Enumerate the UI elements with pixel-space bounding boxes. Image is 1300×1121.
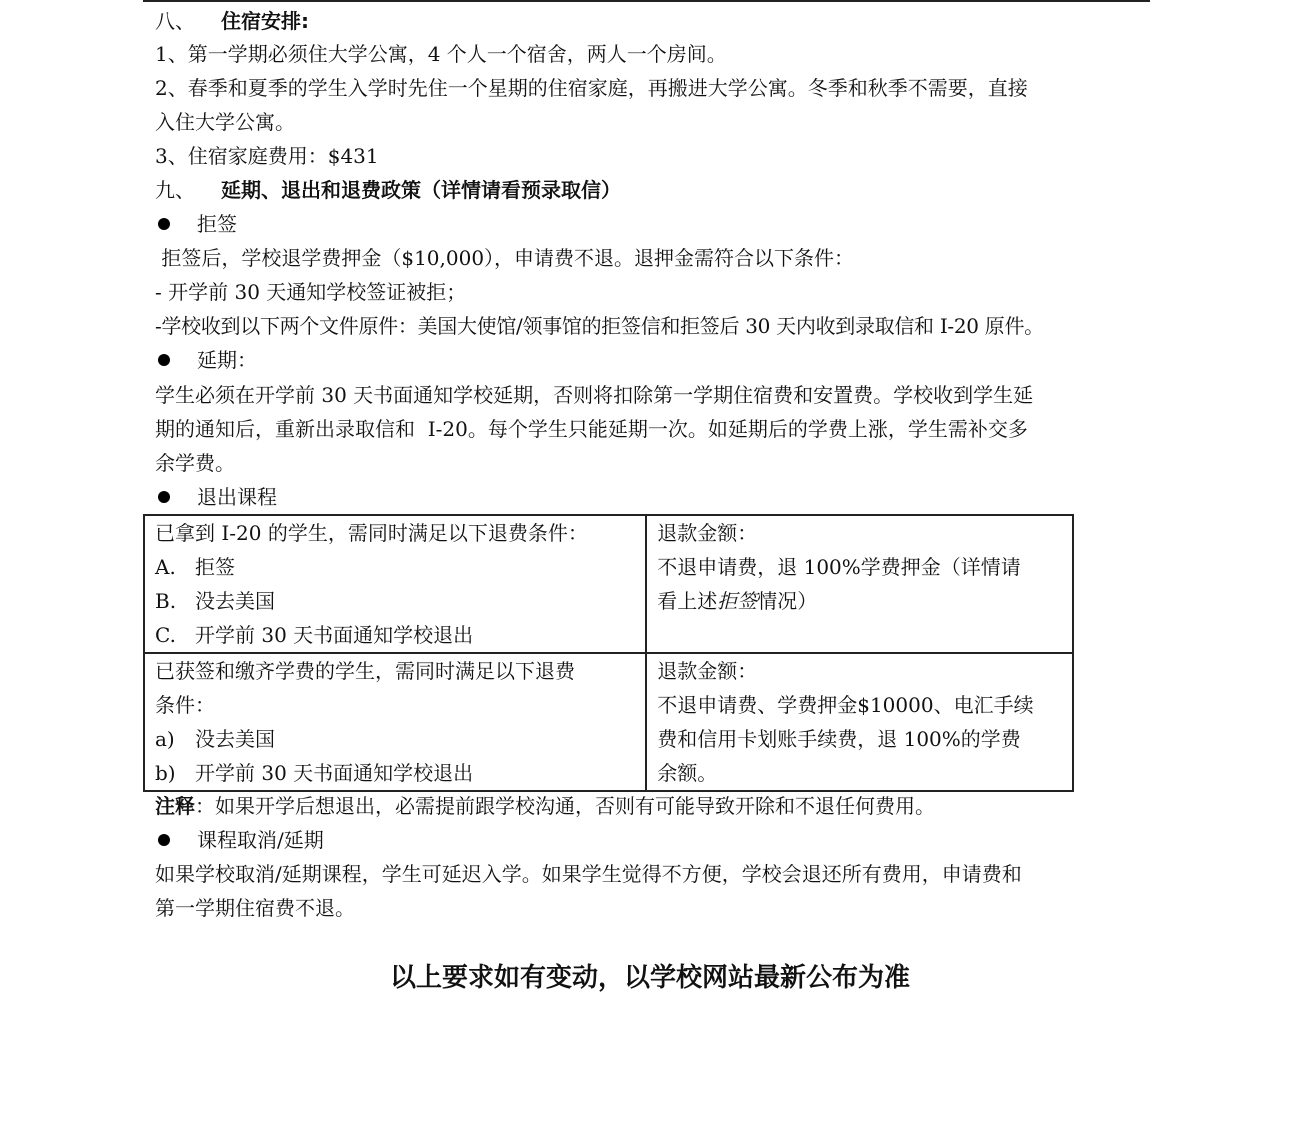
section9-heading: 九、延期、退出和退费政策（详情请看预录取信） (155, 173, 621, 207)
visa-denial-condition-1: - 开学前 30 天通知学校签证被拒； (155, 275, 466, 309)
condition-title-cont: 条件： (155, 688, 635, 722)
note-text: ：如果开学后想退出，必需提前跟学校沟通，否则有可能导致开除和不退任何费用。 (195, 794, 935, 818)
withdrawal-heading: 退出课程 (155, 480, 277, 514)
condition-cell: 已获签和缴齐学费的学生，需同时满足以下退费 条件： a)没去美国 b)开学前 3… (144, 653, 646, 791)
section9-title: 延期、退出和退费政策（详情请看预录取信） (221, 178, 621, 202)
deferral-line-1: 学生必须在开学前 30 天书面通知学校延期，否则将扣除第一学期住宿费和安置费。学… (155, 378, 1033, 412)
cancellation-line-2: 第一学期住宿费不退。 (155, 891, 355, 925)
refund-cell: 退款金额： 不退申请费，退 100%学费押金（详情请 看上述拒签情况） (646, 515, 1073, 653)
refund-text: 不退申请费、学费押金$10000、电汇手续 (657, 688, 1062, 722)
condition-option: b)开学前 30 天书面通知学校退出 (155, 756, 635, 790)
condition-cell: 已拿到 I-20 的学生，需同时满足以下退费条件： A.拒签 B.没去美国 C.… (144, 515, 646, 653)
withdrawal-note: 注释：如果开学后想退出，必需提前跟学校沟通，否则有可能导致开除和不退任何费用。 (155, 789, 935, 823)
table-row: 已获签和缴齐学费的学生，需同时满足以下退费 条件： a)没去美国 b)开学前 3… (144, 653, 1073, 791)
refund-text: 费和信用卡划账手续费，退 100%的学费 (657, 722, 1062, 756)
bullet-icon (158, 354, 170, 366)
condition-title: 已拿到 I-20 的学生，需同时满足以下退费条件： (155, 516, 635, 550)
section8-heading: 八、住宿安排: (155, 4, 309, 38)
refund-label: 退款金额： (657, 654, 1062, 688)
section8-item-2: 2、春季和夏季的学生入学时先住一个星期的住宿家庭，再搬进大学公寓。冬季和秋季不需… (155, 71, 1028, 105)
condition-title: 已获签和缴齐学费的学生，需同时满足以下退费 (155, 654, 635, 688)
section8-item-1: 1、第一学期必须住大学公寓，4 个人一个宿舍，两人一个房间。 (155, 37, 727, 71)
previous-table-fragment (143, 0, 1150, 2)
visa-denial-condition-2: -学校收到以下两个文件原件：美国大使馆/领事馆的拒签信和拒签后 30 天内收到录… (155, 309, 1044, 343)
refund-table: 已拿到 I-20 的学生，需同时满足以下退费条件： A.拒签 B.没去美国 C.… (143, 514, 1074, 792)
cancellation-line-1: 如果学校取消/延期课程，学生可延迟入学。如果学生觉得不方便，学校会退还所有费用，… (155, 857, 1022, 891)
footer-notice: 以上要求如有变动，以学校网站最新公布为准 (0, 957, 1300, 994)
visa-denial-heading: 拒签 (155, 207, 237, 241)
section8-item-2-cont: 入住大学公寓。 (155, 105, 295, 139)
visa-denial-intro: 拒签后，学校退学费押金（$10,000），申请费不退。退押金需符合以下条件： (155, 241, 854, 275)
cancellation-heading: 课程取消/延期 (155, 823, 324, 857)
note-label: 注释 (155, 794, 195, 818)
refund-cell: 退款金额： 不退申请费、学费押金$10000、电汇手续 费和信用卡划账手续费，退… (646, 653, 1073, 791)
refund-text: 看上述拒签情况） (657, 584, 1062, 618)
bullet-icon (158, 218, 170, 230)
section8-number: 八、 (155, 4, 221, 38)
condition-option: C.开学前 30 天书面通知学校退出 (155, 618, 635, 652)
section8-title: 住宿安排: (221, 9, 309, 33)
section9-number: 九、 (155, 173, 221, 207)
section8-item-3: 3、住宿家庭费用：$431 (155, 139, 379, 173)
deferral-title: 延期： (197, 348, 257, 372)
cancellation-title: 课程取消/延期 (197, 828, 324, 852)
deferral-line-3: 余学费。 (155, 446, 235, 480)
condition-option: A.拒签 (155, 550, 635, 584)
deferral-heading: 延期： (155, 343, 257, 377)
refund-text: 余额。 (657, 756, 1062, 790)
table-row: 已拿到 I-20 的学生，需同时满足以下退费条件： A.拒签 B.没去美国 C.… (144, 515, 1073, 653)
refund-text: 不退申请费，退 100%学费押金（详情请 (657, 550, 1062, 584)
condition-option: B.没去美国 (155, 584, 635, 618)
bullet-icon (158, 491, 170, 503)
bullet-icon (158, 834, 170, 846)
condition-option: a)没去美国 (155, 722, 635, 756)
deferral-line-2: 期的通知后，重新出录取信和 I-20。每个学生只能延期一次。如延期后的学费上涨，… (155, 412, 1028, 446)
refund-label: 退款金额： (657, 516, 1062, 550)
withdrawal-title: 退出课程 (197, 485, 277, 509)
visa-denial-title: 拒签 (197, 212, 237, 236)
